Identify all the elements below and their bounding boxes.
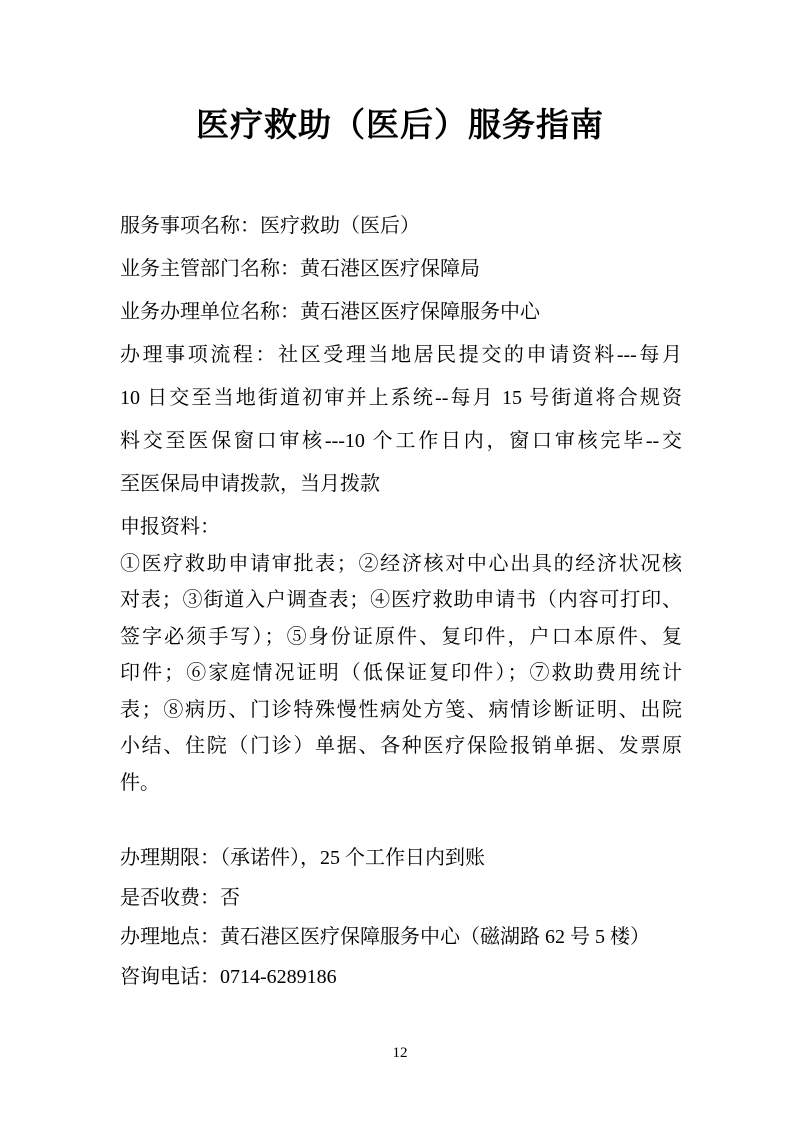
process-flow-line: 办理事项流程：社区受理当地居民提交的申请资料---每月 [120, 334, 682, 377]
location-line: 办理地点：黄石港区医疗保障服务中心（磁湖路 62 号 5 楼） [120, 918, 682, 958]
materials-line: 对表；③街道入户调查表；④医疗救助申请书（内容可打印、 [120, 582, 682, 619]
document-title: 医疗救助（医后）服务指南 [0, 104, 800, 148]
process-flow-line: 料交至医保窗口审核---10 个工作日内，窗口审核完毕--交 [120, 420, 682, 463]
materials-line: 签字必须手写）；⑤身份证原件、复印件，户口本原件、复 [120, 619, 682, 656]
process-flow-line: 至医保局申请拨款，当月拨款 [120, 463, 682, 506]
page-number: 12 [0, 1044, 800, 1062]
materials-line: 表；⑧病历、门诊特殊慢性病处方笺、病情诊断证明、出院 [120, 692, 682, 729]
materials-heading: 申报资料： [120, 509, 682, 546]
service-name-line: 服务事项名称：医疗救助（医后） [120, 205, 682, 248]
materials-section: 申报资料： ①医疗救助申请审批表；②经济核对中心出具的经济状况核 对表；③街道入… [120, 509, 682, 801]
phone-line: 咨询电话：0714-6289186 [120, 958, 682, 998]
processing-period-line: 办理期限：（承诺件），25 个工作日内到账 [120, 839, 682, 879]
footer-info-section: 办理期限：（承诺件），25 个工作日内到账 是否收费：否 办理地点：黄石港区医疗… [120, 839, 682, 997]
handling-unit-line: 业务办理单位名称：黄石港区医疗保障服务中心 [120, 291, 682, 334]
process-flow-line: 10 日交至当地街道初审并上系统--每月 15 号街道将合规资 [120, 377, 682, 420]
materials-line: 小结、住院（门诊）单据、各种医疗保险报销单据、发票原 [120, 728, 682, 765]
fee-line: 是否收费：否 [120, 879, 682, 919]
service-info-section: 服务事项名称：医疗救助（医后） 业务主管部门名称：黄石港区医疗保障局 业务办理单… [120, 205, 682, 506]
document-body: 服务事项名称：医疗救助（医后） 业务主管部门名称：黄石港区医疗保障局 业务办理单… [120, 205, 682, 997]
materials-line: 件。 [120, 765, 682, 802]
document-page: 医疗救助（医后）服务指南 服务事项名称：医疗救助（医后） 业务主管部门名称：黄石… [0, 0, 800, 1132]
materials-line: 印件；⑥家庭情况证明（低保证复印件）；⑦救助费用统计 [120, 655, 682, 692]
supervising-dept-line: 业务主管部门名称：黄石港区医疗保障局 [120, 248, 682, 291]
materials-line: ①医疗救助申请审批表；②经济核对中心出具的经济状况核 [120, 546, 682, 583]
